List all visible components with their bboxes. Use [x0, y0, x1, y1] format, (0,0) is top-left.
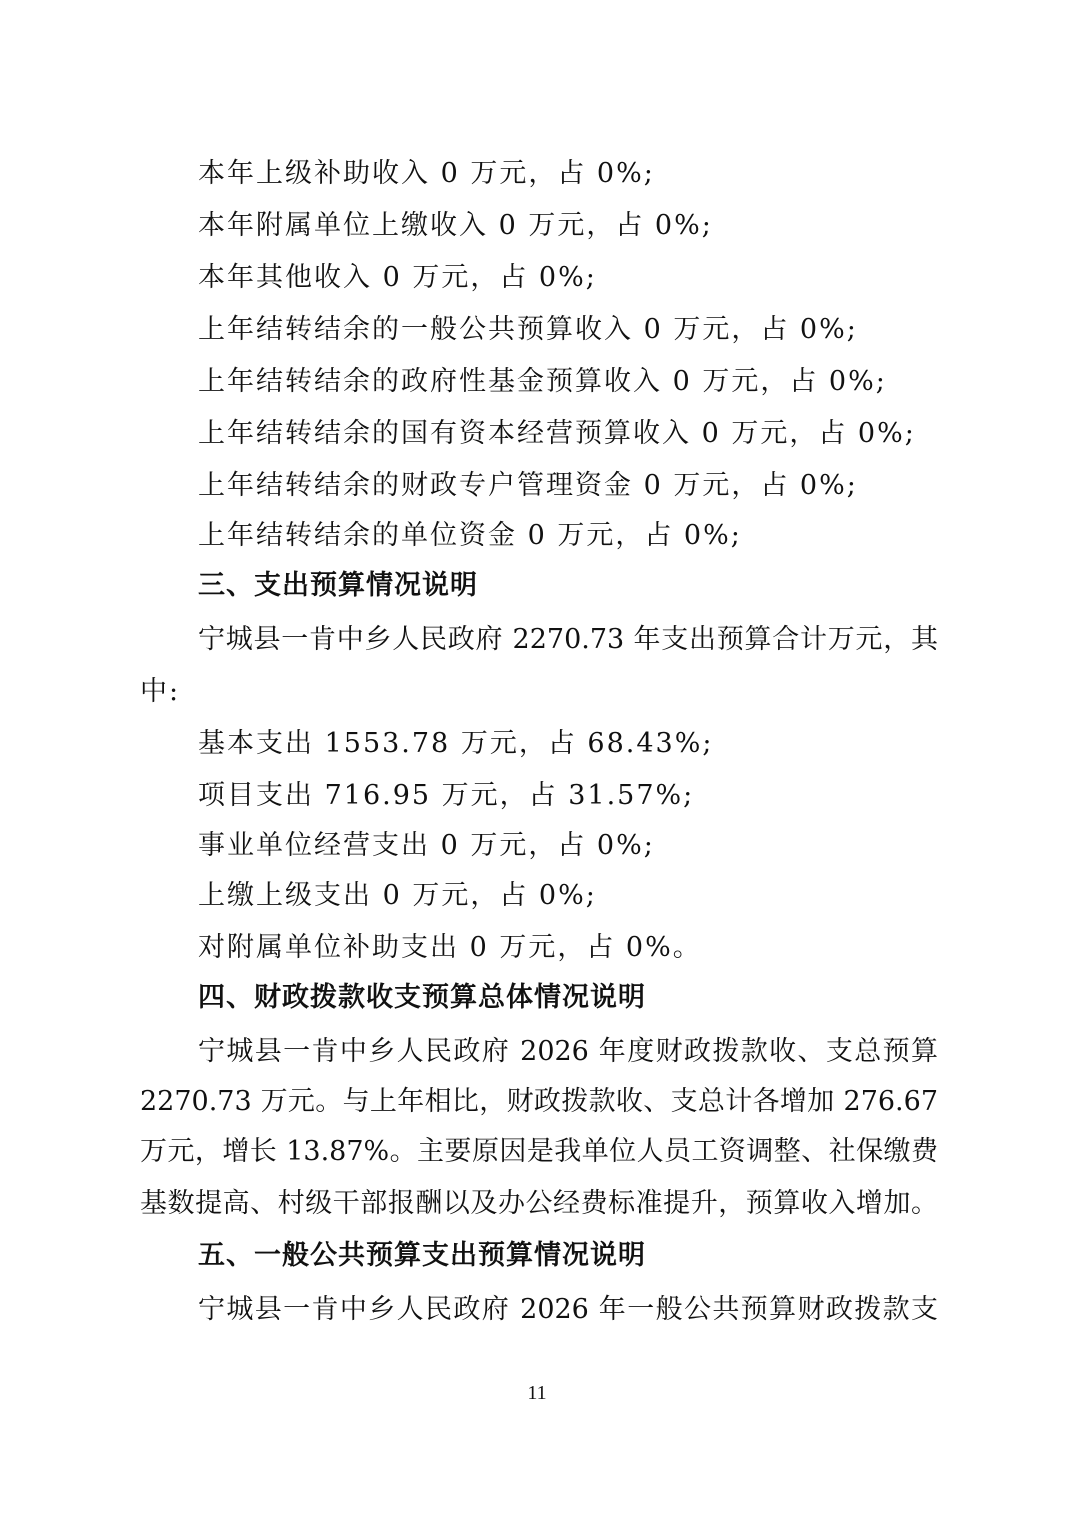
- section3-intro: 宁城县一肯中乡人民政府 2270.73 年支出预算合计万元，其: [198, 624, 938, 656]
- section4-paragraph-line: 宁城县一肯中乡人民政府 2026 年度财政拨款收、支总预算: [198, 1036, 938, 1068]
- section-heading-5: 五、一般公共预算支出预算情况说明: [198, 1240, 646, 1272]
- section-heading-4: 四、财政拨款收支预算总体情况说明: [198, 982, 646, 1014]
- page-number: 11: [0, 1382, 1074, 1405]
- income-item: 上年结转结余的单位资金 0 万元，占 0%;: [198, 520, 742, 552]
- income-item: 上年结转结余的政府性基金预算收入 0 万元，占 0%;: [198, 366, 887, 398]
- section4-paragraph-line: 万元，增长 13.87%。主要原因是我单位人员工资调整、社保缴费: [140, 1136, 938, 1168]
- expense-item: 基本支出 1553.78 万元，占 68.43%;: [198, 728, 713, 760]
- expense-item: 项目支出 716.95 万元，占 31.57%;: [198, 780, 694, 812]
- income-item: 上年结转结余的一般公共预算收入 0 万元，占 0%;: [198, 314, 858, 346]
- income-item: 本年其他收入 0 万元，占 0%;: [198, 262, 597, 294]
- section-heading-3: 三、支出预算情况说明: [198, 570, 478, 602]
- income-item: 本年附属单位上缴收入 0 万元，占 0%;: [198, 210, 713, 242]
- document-page: 本年上级补助收入 0 万元，占 0%; 本年附属单位上缴收入 0 万元，占 0%…: [0, 0, 1074, 1520]
- section4-paragraph-line: 基数提高、村级干部报酬以及办公经费标准提升，预算收入增加。: [140, 1188, 938, 1220]
- section5-paragraph-line: 宁城县一肯中乡人民政府 2026 年一般公共预算财政拨款支: [198, 1294, 938, 1326]
- section3-intro-cont: 中:: [140, 676, 180, 708]
- expense-item: 对附属单位补助支出 0 万元，占 0%。: [198, 932, 702, 964]
- section4-paragraph-line: 2270.73 万元。与上年相比，财政拨款收、支总计各增加 276.67: [140, 1086, 938, 1118]
- income-item: 上年结转结余的国有资本经营预算收入 0 万元，占 0%;: [198, 418, 916, 450]
- income-item: 本年上级补助收入 0 万元，占 0%;: [198, 158, 655, 190]
- expense-item: 事业单位经营支出 0 万元，占 0%;: [198, 830, 655, 862]
- income-item: 上年结转结余的财政专户管理资金 0 万元，占 0%;: [198, 470, 858, 502]
- expense-item: 上缴上级支出 0 万元，占 0%;: [198, 880, 597, 912]
